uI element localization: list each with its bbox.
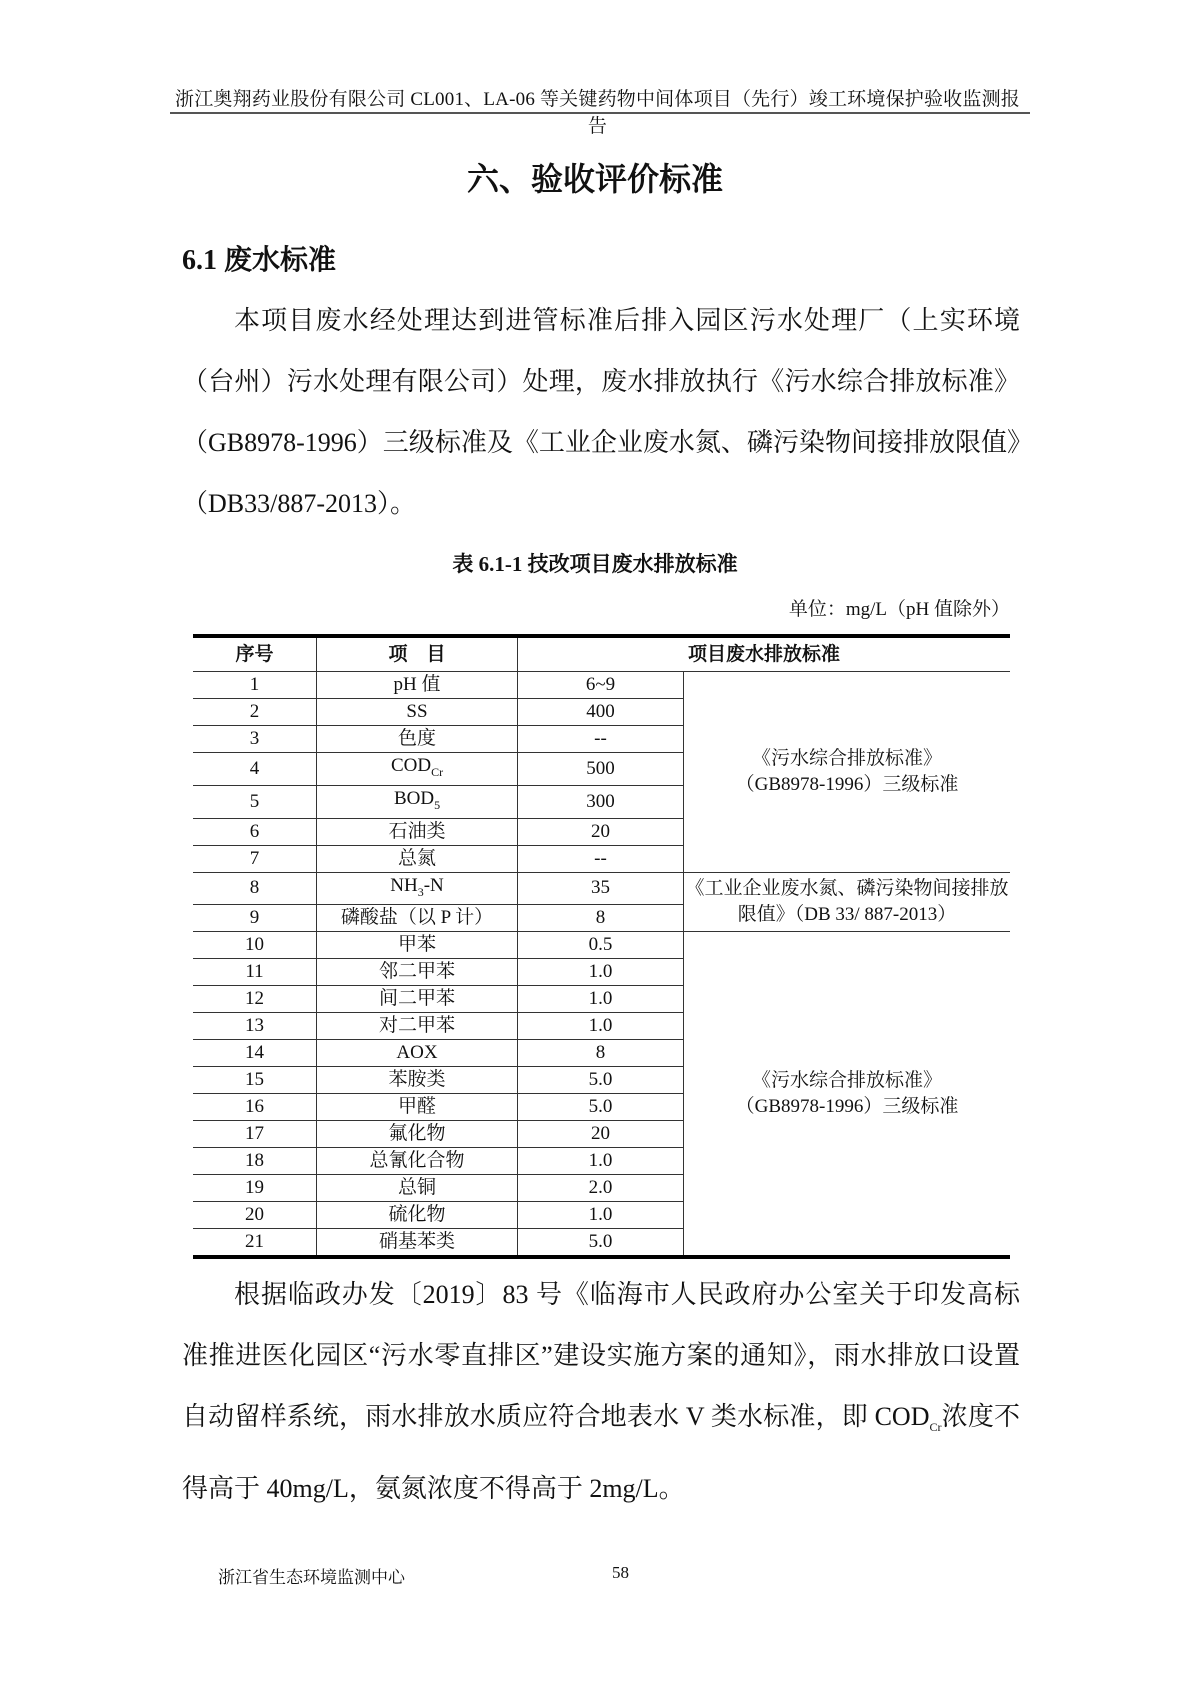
cell-item: BOD5 bbox=[317, 785, 518, 818]
cell-no: 13 bbox=[193, 1013, 317, 1040]
cell-limit-value: 1.0 bbox=[518, 959, 684, 986]
cell-no: 17 bbox=[193, 1121, 317, 1148]
cell-no: 11 bbox=[193, 959, 317, 986]
cell-limit-value: 1.0 bbox=[518, 1202, 684, 1229]
cell-item: 硝基苯类 bbox=[317, 1229, 518, 1258]
header-item: 项 目 bbox=[317, 636, 518, 672]
cell-no: 12 bbox=[193, 986, 317, 1013]
cell-limit-value: 35 bbox=[518, 872, 684, 905]
cell-no: 3 bbox=[193, 726, 317, 753]
cell-limit-value: 1.0 bbox=[518, 986, 684, 1013]
cell-no: 16 bbox=[193, 1094, 317, 1121]
cell-limit-value: 5.0 bbox=[518, 1094, 684, 1121]
cell-limit-value: 6~9 bbox=[518, 672, 684, 699]
cell-item: 色度 bbox=[317, 726, 518, 753]
cell-item: 间二甲苯 bbox=[317, 986, 518, 1013]
cell-item: pH 值 bbox=[317, 672, 518, 699]
cell-limit-value: -- bbox=[518, 845, 684, 872]
cell-limit-value: 2.0 bbox=[518, 1175, 684, 1202]
cell-limit-value: 1.0 bbox=[518, 1148, 684, 1175]
paragraph-text: 根据临政办发〔2019〕83 号《临海市人民政府办公室关于印发高标准推进医化园区… bbox=[182, 1264, 1020, 1519]
table-row: 1pH 值6~9《污水综合排放标准》（GB8978-1996）三级标准 bbox=[193, 672, 1010, 699]
cell-no: 7 bbox=[193, 845, 317, 872]
cell-item: 邻二甲苯 bbox=[317, 959, 518, 986]
page-header: 浙江奥翔药业股份有限公司 CL001、LA-06 等关键药物中间体项目（先行）竣… bbox=[170, 84, 1025, 138]
cell-item: 甲苯 bbox=[317, 932, 518, 959]
cell-limit-value: 1.0 bbox=[518, 1013, 684, 1040]
cell-standard-reference: 《污水综合排放标准》（GB8978-1996）三级标准 bbox=[684, 672, 1011, 873]
section-title: 6.1 废水标准 bbox=[182, 238, 336, 278]
cell-item: 苯胺类 bbox=[317, 1067, 518, 1094]
header-divider bbox=[170, 112, 1030, 114]
cell-item: 石油类 bbox=[317, 818, 518, 845]
cell-limit-value: 5.0 bbox=[518, 1229, 684, 1258]
cell-limit-value: 20 bbox=[518, 818, 684, 845]
cell-limit-value: 8 bbox=[518, 905, 684, 932]
page-number: 58 bbox=[612, 1563, 629, 1583]
cell-limit-value: 400 bbox=[518, 699, 684, 726]
cell-no: 19 bbox=[193, 1175, 317, 1202]
cell-item: 总氮 bbox=[317, 845, 518, 872]
cell-no: 4 bbox=[193, 753, 317, 786]
cell-no: 15 bbox=[193, 1067, 317, 1094]
cell-no: 14 bbox=[193, 1040, 317, 1067]
header-no: 序号 bbox=[193, 636, 317, 672]
cell-standard-reference: 《工业企业废水氮、磷污染物间接排放限值》（DB 33/ 887-2013） bbox=[684, 872, 1011, 932]
cell-no: 5 bbox=[193, 785, 317, 818]
cell-item: SS bbox=[317, 699, 518, 726]
cell-limit-value: 0.5 bbox=[518, 932, 684, 959]
cell-no: 9 bbox=[193, 905, 317, 932]
cell-no: 18 bbox=[193, 1148, 317, 1175]
cell-limit-value: -- bbox=[518, 726, 684, 753]
cell-limit-value: 300 bbox=[518, 785, 684, 818]
cell-no: 8 bbox=[193, 872, 317, 905]
cell-item: NH3-N bbox=[317, 872, 518, 905]
cell-limit-value: 20 bbox=[518, 1121, 684, 1148]
cell-limit-value: 8 bbox=[518, 1040, 684, 1067]
cell-no: 10 bbox=[193, 932, 317, 959]
cell-limit-value: 500 bbox=[518, 753, 684, 786]
cell-item: 甲醛 bbox=[317, 1094, 518, 1121]
cell-item: 总铜 bbox=[317, 1175, 518, 1202]
cell-item: 氟化物 bbox=[317, 1121, 518, 1148]
cell-no: 1 bbox=[193, 672, 317, 699]
cell-standard-reference: 《污水综合排放标准》（GB8978-1996）三级标准 bbox=[684, 932, 1011, 1258]
cell-item: 总氰化合物 bbox=[317, 1148, 518, 1175]
wastewater-standard-table: 序号 项 目 项目废水排放标准 1pH 值6~9《污水综合排放标准》（GB897… bbox=[193, 634, 1010, 1259]
paragraph-rainwater: 根据临政办发〔2019〕83 号《临海市人民政府办公室关于印发高标准推进医化园区… bbox=[182, 1264, 1020, 1519]
table-row: 8NH3-N35《工业企业废水氮、磷污染物间接排放限值》（DB 33/ 887-… bbox=[193, 872, 1010, 905]
cell-no: 6 bbox=[193, 818, 317, 845]
cell-no: 2 bbox=[193, 699, 317, 726]
cell-item: AOX bbox=[317, 1040, 518, 1067]
cell-item: 硫化物 bbox=[317, 1202, 518, 1229]
cell-item: 对二甲苯 bbox=[317, 1013, 518, 1040]
table-unit: 单位：mg/L（pH 值除外） bbox=[789, 594, 1010, 621]
header-standard: 项目废水排放标准 bbox=[518, 636, 1011, 672]
cell-limit-value: 5.0 bbox=[518, 1067, 684, 1094]
chapter-title: 六、验收评价标准 bbox=[0, 154, 1190, 200]
paragraph-wastewater: 本项目废水经处理达到进管标准后排入园区污水处理厂（上实环境（台州）污水处理有限公… bbox=[182, 290, 1020, 534]
cell-no: 21 bbox=[193, 1229, 317, 1258]
table-header-row: 序号 项 目 项目废水排放标准 bbox=[193, 636, 1010, 672]
table-row: 10甲苯0.5《污水综合排放标准》（GB8978-1996）三级标准 bbox=[193, 932, 1010, 959]
footer-organization: 浙江省生态环境监测中心 bbox=[218, 1563, 405, 1588]
table-caption: 表 6.1-1 技改项目废水排放标准 bbox=[0, 548, 1190, 578]
cell-item: 磷酸盐（以 P 计） bbox=[317, 905, 518, 932]
cell-no: 20 bbox=[193, 1202, 317, 1229]
paragraph-text: 本项目废水经处理达到进管标准后排入园区污水处理厂（上实环境（台州）污水处理有限公… bbox=[182, 290, 1020, 534]
cell-item: CODCr bbox=[317, 753, 518, 786]
